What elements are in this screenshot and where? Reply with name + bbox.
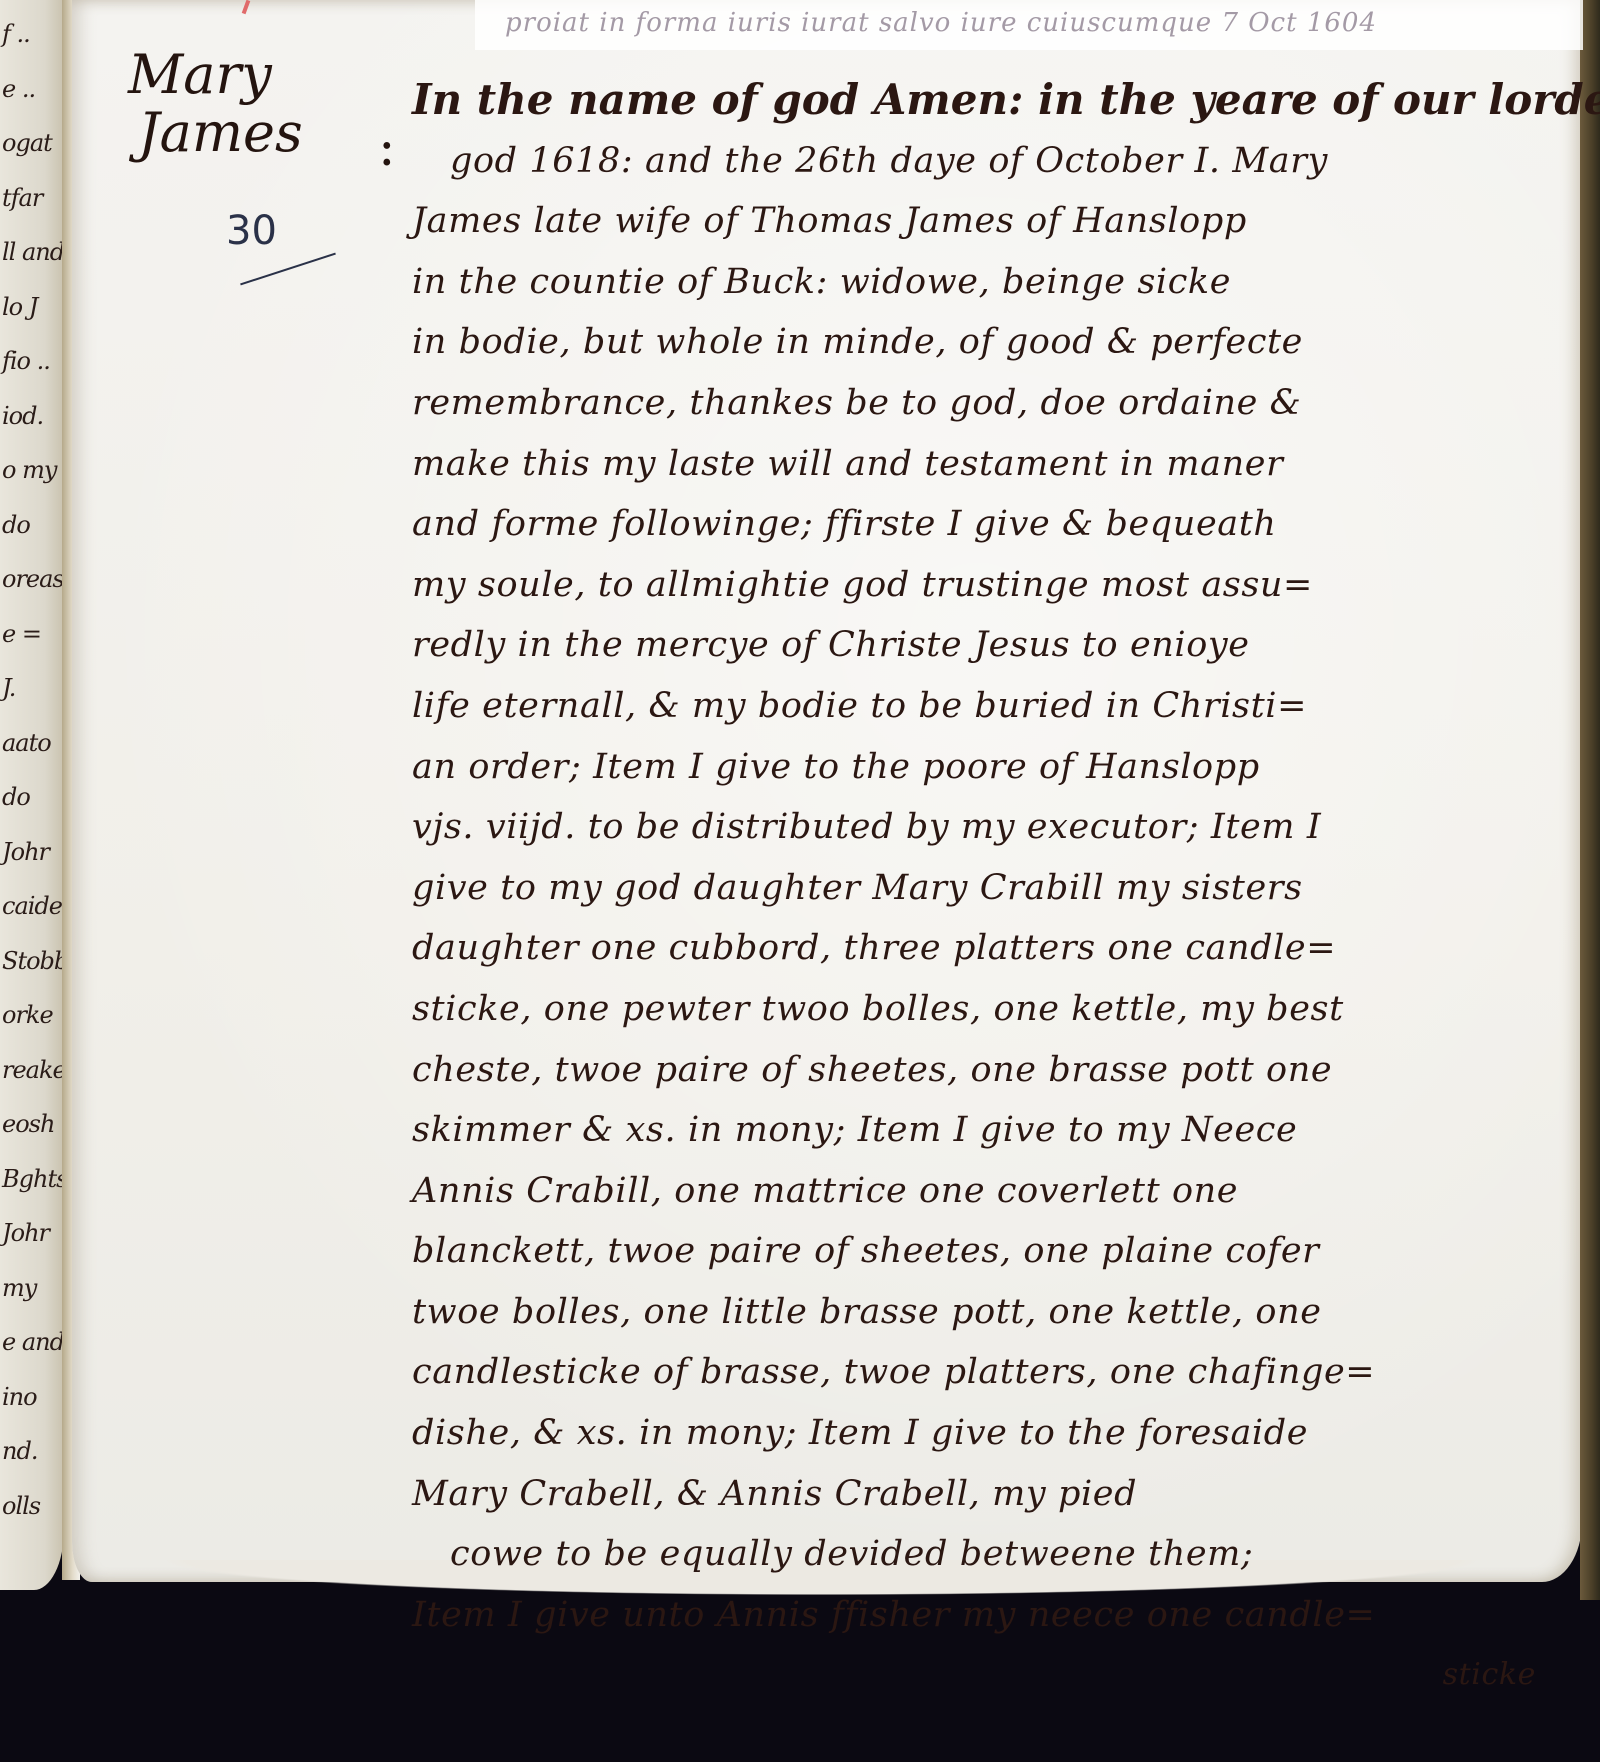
left-page-fragment: Stobb: [2, 947, 64, 975]
testator-first-name: Mary: [128, 43, 272, 106]
left-page-fragment: do: [2, 511, 30, 539]
left-page-fragment: aato: [2, 729, 51, 757]
left-page-fragment: e ..: [2, 75, 35, 103]
left-page-fragment: e and: [2, 1328, 64, 1356]
body-line: life eternall, & my bodie to be buried i…: [412, 676, 1572, 737]
will-body-text: In the name of god Amen: in the yeare of…: [412, 70, 1572, 1706]
left-page-fragment: my: [2, 1274, 36, 1302]
left-page-fragment: Johr: [2, 1219, 49, 1247]
left-page-fragment: nd.: [2, 1437, 37, 1465]
left-page-fragment: tfar: [2, 184, 42, 212]
left-page-fragment: iod.: [2, 402, 43, 430]
body-line: dishe, & xs. in mony; Item I give to the…: [412, 1403, 1572, 1464]
body-line: make this my laste will and testament in…: [412, 434, 1572, 495]
left-page-fragment: J.: [2, 674, 15, 702]
left-page-fragment: orke: [2, 1001, 53, 1029]
body-line: vjs. viijd. to be distributed by my exec…: [412, 797, 1572, 858]
body-line: candlesticke of brasse, twoe platters, o…: [412, 1342, 1572, 1403]
body-line: give to my god daughter Mary Crabill my …: [412, 858, 1572, 919]
body-line: in bodie, but whole in minde, of good & …: [412, 312, 1572, 373]
body-line-continuation: sticke: [412, 1645, 1572, 1706]
left-page-fragment: Bghts: [2, 1165, 64, 1193]
body-line: my soule, to allmightie god trustinge mo…: [412, 555, 1572, 616]
body-line: twoe bolles, one little brasse pott, one…: [412, 1282, 1572, 1343]
left-page-fragment: f ..: [2, 20, 30, 48]
left-page-fragment: ll and: [2, 238, 64, 266]
body-line: remembrance, thankes be to god, doe orda…: [412, 373, 1572, 434]
body-line: Annis Crabill, one mattrice one coverlet…: [412, 1161, 1572, 1222]
testator-name-margin: Mary James: [128, 46, 303, 162]
body-line: redly in the mercye of Christe Jesus to …: [412, 615, 1572, 676]
body-line: an order; Item I give to the poore of Ha…: [412, 737, 1572, 798]
body-line: daughter one cubbord, three platters one…: [412, 918, 1572, 979]
left-page-fragment: reake: [2, 1056, 64, 1084]
left-page-fragment: eosh: [2, 1110, 54, 1138]
left-page-fragment: ino: [2, 1383, 37, 1411]
left-page-fragment: ogat: [2, 129, 52, 157]
body-line: in the countie of Buck: widowe, beinge s…: [412, 252, 1572, 313]
testator-surname: James: [128, 104, 303, 162]
body-line: Item I give unto Annis ffisher my neece …: [412, 1585, 1572, 1646]
body-line: god 1618: and the 26th daye of October I…: [412, 131, 1572, 192]
left-page-fragment: e =: [2, 620, 41, 648]
probate-header-line: proiat in forma iuris iurat salvo iure c…: [505, 8, 1575, 38]
left-page-fragment: Johr: [2, 838, 49, 866]
facing-page-left: f ..e ..ogattfarll andlo Jfio ..iod.o my…: [0, 0, 64, 1590]
body-line: cheste, twoe paire of sheetes, one brass…: [412, 1040, 1572, 1101]
body-line: and forme followinge; ffirste I give & b…: [412, 494, 1572, 555]
left-page-fragment: oreas: [2, 565, 64, 593]
left-page-fragment: lo J: [2, 293, 37, 321]
body-line: cowe to be equally devided betweene them…: [412, 1524, 1572, 1585]
folio-number: 30: [226, 208, 277, 254]
body-line: blanckett, twoe paire of sheetes, one pl…: [412, 1221, 1572, 1282]
body-line: In the name of god Amen: in the yeare of…: [412, 70, 1572, 131]
margin-separator: :: [378, 118, 396, 178]
left-page-fragment: o my: [2, 456, 56, 484]
left-page-fragment: caide: [2, 892, 62, 920]
left-page-fragment: fio ..: [2, 347, 50, 375]
body-line: James late wife of Thomas James of Hansl…: [412, 191, 1572, 252]
body-line: Mary Crabell, & Annis Crabell, my pied: [412, 1464, 1572, 1525]
body-line: sticke, one pewter twoo bolles, one kett…: [412, 979, 1572, 1040]
book-binding-edge: [1580, 0, 1600, 1600]
body-line: skimmer & xs. in mony; Item I give to my…: [412, 1100, 1572, 1161]
left-page-fragment: olls: [2, 1492, 40, 1520]
left-page-fragment: do: [2, 783, 30, 811]
